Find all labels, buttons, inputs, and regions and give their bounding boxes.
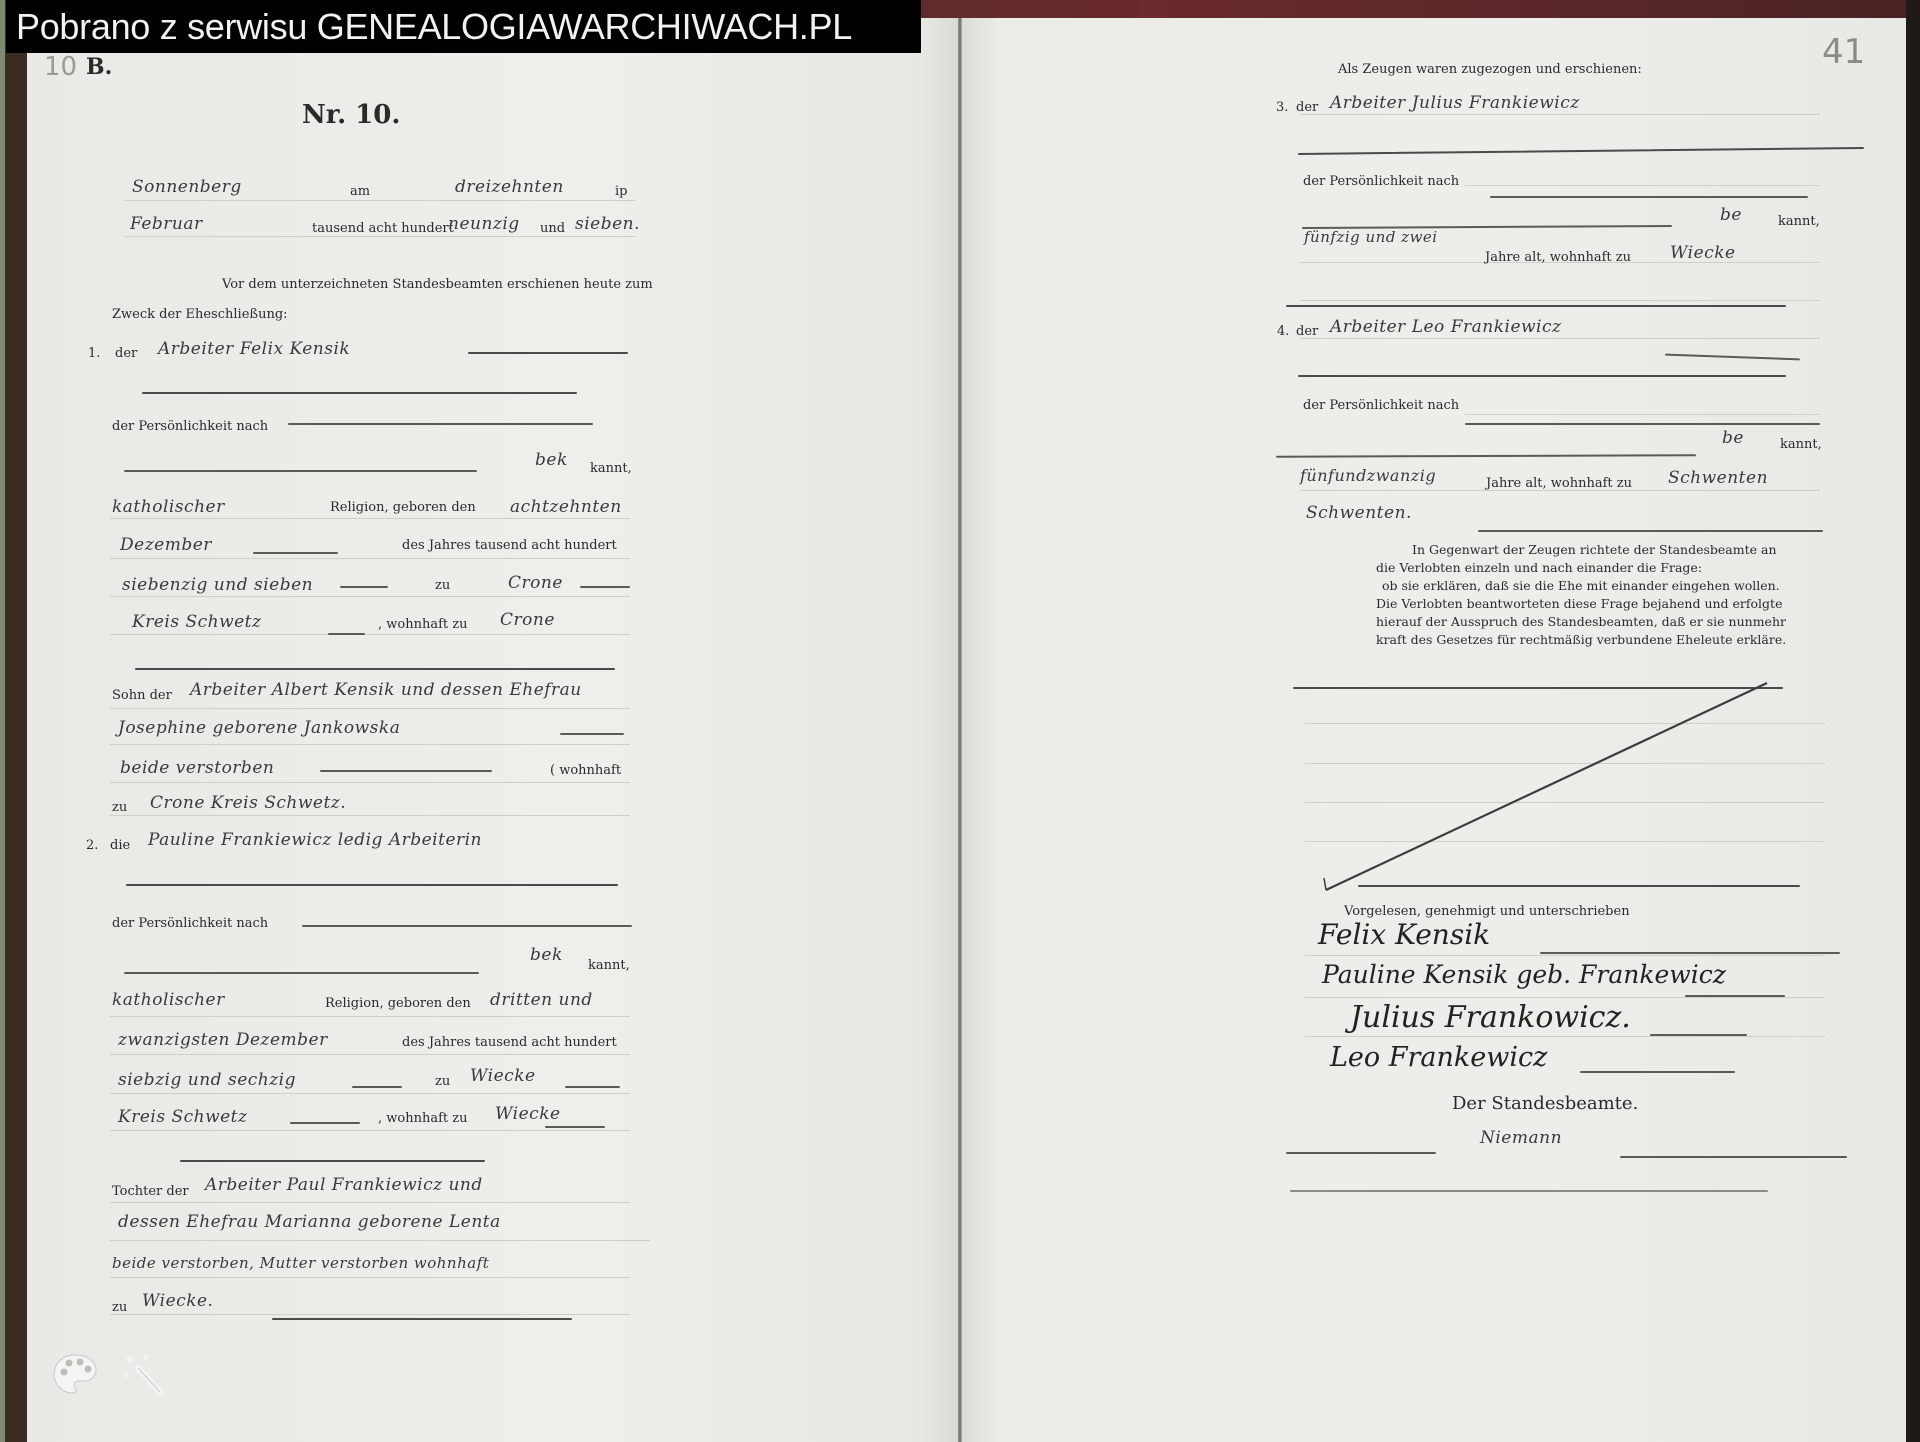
groom-knows-label: kannt, [590,461,632,476]
bride-district: Kreis Schwetz [118,1107,247,1127]
declaration-line: ob sie erklären, daß sie die Ehe mit ein… [1376,577,1821,595]
bride-parents-residence: Wiecke. [142,1291,213,1311]
bride-residence: Wiecke [495,1104,561,1124]
bride-religion: katholischer [112,990,225,1010]
groom-birth-month: Dezember [120,535,212,555]
bride-birth-place: Wiecke [470,1066,536,1086]
witness-3-article: der [1296,100,1318,115]
margin-pencil-number: 10 [44,52,77,82]
declaration-line: die Verlobten einzeln und nach einander … [1376,559,1821,577]
witness-3-identity-label: der Persönlichkeit nach [1303,174,1459,189]
bride-number: 2. [86,838,98,853]
witness-3-age-label: Jahre alt, wohnhaft zu [1485,250,1631,265]
witness-4-residence: Schwenten [1668,468,1768,488]
groom-parents-line-1: Arbeiter Albert Kensik und dessen Ehefra… [190,680,582,700]
book-cover-edge [5,0,27,1442]
declaration-line: Die Verlobten beantworteten diese Frage … [1376,595,1821,613]
bride-parents-prefix: Tochter der [112,1184,189,1199]
witness-4-number: 4. [1277,324,1289,339]
witness-4-age-label: Jahre alt, wohnhaft zu [1486,476,1632,491]
bride-identity-label: der Persönlichkeit nach [112,916,268,931]
signature-bride: Pauline Kensik geb. Frankewicz [1322,960,1726,989]
intro-line-1: Vor dem unterzeichneten Standesbeamten e… [222,277,653,292]
date-year-handwritten: neunzig [448,214,520,234]
groom-birth-day: achtzehnten [510,497,622,517]
date-print-und: und [540,221,565,236]
record-number: Nr. 10. [302,100,400,130]
signature-groom: Felix Kensik [1318,918,1490,951]
signature-witness-3: Julius Frankowicz. [1350,1000,1631,1035]
bride-knows-label: kannt, [588,958,630,973]
bride-article: die [110,838,130,853]
groom-birth-place: Crone [508,573,563,593]
groom-residence-label: , wohnhaft zu [378,617,467,632]
date-month-handwritten: Februar [130,214,203,234]
magic-wand-icon[interactable] [120,1350,172,1402]
declaration-line: In Gegenwart der Zeugen richtete der Sta… [1376,541,1821,559]
witness-3-number: 3. [1276,100,1288,115]
bride-birth-month: zwanzigsten Dezember [118,1030,328,1050]
date-year-handwritten-2: sieben. [575,214,640,234]
bride-parents-line-2: dessen Ehefrau Marianna geborene Lenta [118,1212,501,1232]
groom-district: Kreis Schwetz [132,612,261,632]
signature-witness-4: Leo Frankewicz [1330,1042,1547,1073]
date-print-am: am [350,184,370,199]
groom-birth-year: siebenzig und sieben [122,575,313,595]
groom-religion: katholischer [112,497,225,517]
witness-3-age: fünfzig und zwei [1304,228,1438,246]
witness-4-knows-label: kannt, [1780,437,1822,452]
date-place-handwritten: Sonnenberg [132,177,242,197]
groom-parents-prefix: Sohn der [112,688,172,703]
book-gutter [958,18,962,1442]
groom-place-prefix: zu [435,578,450,593]
witness-3-residence: Wiecke [1670,243,1736,263]
date-print-thousand: tausend acht hundert [312,221,454,236]
witness-3-knows-label: kannt, [1778,214,1820,229]
groom-parents-line-3: beide verstorben [120,758,274,778]
section-letter: B. [86,54,112,80]
groom-parents-line-2: Josephine geborene Jankowska [118,718,400,738]
witness-4-age: fünfundzwanzig [1300,466,1436,485]
witness-4-name: Arbeiter Leo Frankiewicz [1330,317,1561,337]
declaration-line: kraft des Gesetzes für rechtmäßig verbun… [1376,631,1821,649]
groom-parents-residence-prefix: zu [112,800,127,815]
intro-line-2: Zweck der Eheschließung: [112,307,288,322]
witness-4-identity-label: der Persönlichkeit nach [1303,398,1459,413]
right-background-edge [1906,0,1920,1442]
witness-4-identity-mark: be [1722,428,1744,448]
date-print-suffix: ip [615,184,627,199]
witness-3-identity-mark: be [1720,205,1742,225]
groom-year-label: des Jahres tausend acht hundert [402,538,617,553]
groom-parents-residence-label: ( wohnhaft [550,763,621,778]
groom-number: 1. [88,346,100,361]
cancellation-diagonal-line [1320,680,1790,895]
bride-religion-label: Religion, geboren den [325,996,471,1011]
witness-3-name: Arbeiter Julius Frankiewicz [1330,93,1580,113]
bride-year-label: des Jahres tausend acht hundert [402,1035,617,1050]
watermark-banner: Pobrano z serwisu GENEALOGIAWARCHIWACH.P… [6,0,921,53]
groom-parents-residence: Crone Kreis Schwetz. [150,793,346,813]
bride-parents-line-1: Arbeiter Paul Frankiewicz und [205,1175,483,1195]
witnesses-intro: Als Zeugen waren zugezogen und erschiene… [1338,62,1642,77]
official-signature: Niemann [1480,1128,1562,1148]
date-day-handwritten: dreizehnten [455,177,564,197]
groom-religion-label: Religion, geboren den [330,500,476,515]
bride-name: Pauline Frankiewicz ledig Arbeiterin [148,830,482,850]
palette-icon[interactable] [50,1350,102,1402]
bride-birth-day: dritten und [490,990,593,1010]
folio-number: 41 [1822,32,1865,72]
witness-4-article: der [1296,324,1318,339]
bride-parents-line-3: beide verstorben, Mutter verstorben wohn… [112,1254,489,1272]
closing-label: Vorgelesen, genehmigt und unterschrieben [1344,904,1630,919]
groom-residence: Crone [500,610,555,630]
groom-article: der [115,346,137,361]
official-label: Der Standesbeamte. [1452,1093,1638,1114]
bride-place-prefix: zu [435,1074,450,1089]
bride-residence-label: , wohnhaft zu [378,1111,467,1126]
groom-identity-label: der Persönlichkeit nach [112,419,268,434]
bride-birth-year: siebzig und sechzig [118,1070,296,1090]
declaration-paragraph: In Gegenwart der Zeugen richtete der Sta… [1376,541,1821,649]
bride-parents-residence-prefix: zu [112,1300,127,1315]
groom-identity-mark: bek [535,450,568,470]
witness-4-residence-line-2: Schwenten. [1306,503,1412,523]
groom-name: Arbeiter Felix Kensik [158,339,350,359]
declaration-line: hierauf der Ausspruch des Standesbeamten… [1376,613,1821,631]
bride-identity-mark: bek [530,945,563,965]
